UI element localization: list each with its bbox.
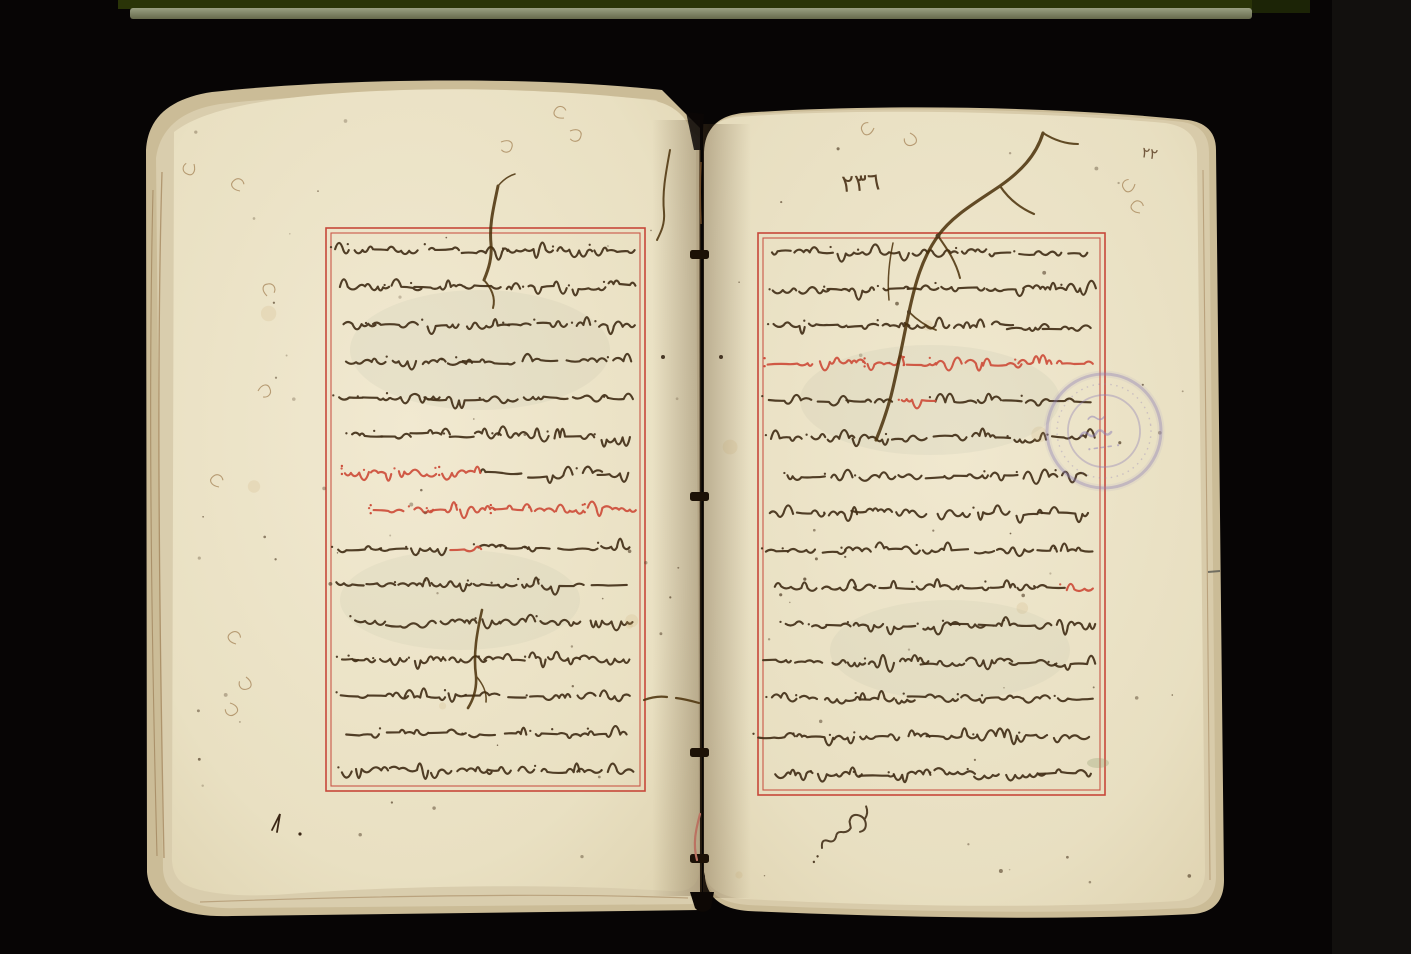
word-separator-dot: [490, 582, 492, 584]
word-separator-dot: [1054, 469, 1056, 471]
speckle: [198, 758, 201, 761]
word-separator-dot: [984, 580, 986, 582]
word-separator-dot: [394, 581, 396, 583]
speckle: [669, 596, 671, 598]
word-separator-dot: [576, 467, 578, 469]
speckle: [202, 516, 204, 518]
speckle: [275, 377, 277, 379]
word-separator-dot: [330, 246, 332, 248]
speckle: [1003, 687, 1005, 689]
word-separator-dot: [336, 656, 338, 658]
rubric-dot: [370, 512, 372, 514]
word-separator-dot: [526, 694, 528, 696]
word-separator-dot: [972, 733, 974, 735]
foxing-spot: [261, 306, 276, 321]
word-separator-dot: [349, 615, 351, 617]
speckle: [1118, 441, 1121, 444]
word-separator-dot: [761, 547, 763, 549]
speckle: [571, 645, 573, 647]
word-separator-dot: [981, 694, 983, 696]
speckle: [289, 233, 291, 235]
word-separator-dot: [761, 395, 763, 397]
word-separator-dot: [967, 768, 969, 770]
word-separator-dot: [434, 467, 436, 469]
rubric-dot: [863, 365, 865, 367]
speckle: [389, 535, 391, 537]
word-separator-dot: [529, 730, 531, 732]
word-separator-dot: [568, 284, 570, 286]
photo-canvas: ٢٣٦ ٢٢: [0, 0, 1411, 954]
word-separator-dot: [840, 547, 842, 549]
rubric-dot: [341, 465, 343, 467]
speckle: [1089, 881, 1092, 884]
rubric-dot: [490, 504, 492, 506]
speckle: [1042, 271, 1046, 275]
word-separator-dot: [424, 243, 426, 245]
speckle: [420, 489, 423, 492]
binding-thread: [700, 162, 701, 224]
speckle: [432, 806, 435, 809]
word-separator-dot: [491, 432, 493, 434]
word-separator-dot: [942, 620, 944, 622]
word-separator-dot: [929, 357, 931, 359]
speckle: [224, 693, 228, 697]
word-separator-dot: [1054, 695, 1056, 697]
speckle: [201, 784, 203, 786]
speckle: [253, 217, 256, 220]
speckle: [1182, 390, 1184, 392]
speckle: [391, 801, 393, 803]
speckle: [322, 487, 326, 491]
corner-mark-group: ٢٢: [1140, 143, 1159, 164]
word-separator-dot: [597, 542, 599, 544]
word-separator-dot: [546, 430, 548, 432]
stain-knot: [907, 310, 911, 314]
word-separator-dot: [363, 469, 365, 471]
word-separator-dot: [443, 432, 445, 434]
gutter-shade-right: [703, 124, 751, 898]
word-separator-dot: [782, 547, 784, 549]
word-separator-dot: [386, 392, 388, 394]
rubric-dot: [490, 512, 492, 514]
speckle: [837, 147, 840, 150]
speckle: [780, 201, 782, 203]
backdrop-right-band: [1332, 0, 1411, 954]
word-separator-dot: [331, 546, 333, 548]
word-separator-dot: [955, 247, 957, 249]
word-separator-dot: [911, 581, 913, 583]
right-page: [704, 112, 1205, 906]
word-separator-dot: [522, 286, 524, 288]
speckle: [602, 598, 604, 600]
word-separator-dot: [803, 320, 805, 322]
speckle: [409, 503, 413, 507]
word-separator-dot: [983, 470, 985, 472]
script-stroke: [592, 585, 627, 586]
word-separator-dot: [885, 433, 887, 435]
folio-number: ٢٣٦: [840, 167, 881, 198]
word-separator-dot: [1014, 358, 1016, 360]
word-separator-dot: [752, 733, 754, 735]
word-separator-dot: [829, 246, 831, 248]
speckle: [273, 302, 275, 304]
word-separator-dot: [603, 281, 605, 283]
margin-mark-dot: [298, 832, 301, 835]
speckle: [1172, 694, 1174, 696]
speckle: [844, 556, 846, 558]
word-separator-dot: [877, 319, 879, 321]
rubric-dot: [584, 503, 586, 505]
speckle: [974, 759, 976, 761]
word-separator-dot: [864, 657, 866, 659]
word-separator-dot: [373, 430, 375, 432]
speckle: [194, 130, 197, 133]
speckle: [445, 237, 447, 239]
word-separator-dot: [594, 320, 596, 322]
speckle: [263, 536, 266, 539]
table-edge-corner: [1252, 0, 1310, 13]
word-separator-dot: [383, 284, 385, 286]
speckle: [328, 582, 332, 586]
foxing-spot: [439, 702, 446, 709]
speckle: [198, 557, 201, 560]
speckle: [768, 638, 770, 640]
rubric-dot: [763, 365, 765, 367]
word-separator-dot: [551, 728, 553, 730]
speckle: [1021, 594, 1025, 598]
speckle: [815, 557, 818, 560]
speckle: [676, 397, 679, 400]
word-separator-dot: [534, 765, 536, 767]
foxing-spot: [723, 440, 738, 455]
script-stroke: [1003, 400, 1022, 401]
word-separator-dot: [502, 321, 504, 323]
backdrop-tick: [1208, 571, 1220, 572]
script-stroke: [859, 775, 894, 776]
word-separator-dot: [1016, 471, 1018, 473]
word-separator-dot: [365, 322, 367, 324]
speckle: [497, 745, 498, 746]
speckle: [1187, 874, 1191, 878]
word-separator-dot: [379, 727, 381, 729]
word-separator-dot: [347, 243, 349, 245]
word-separator-dot: [408, 657, 410, 659]
speckle: [358, 833, 361, 836]
table-edge-light: [130, 8, 1252, 19]
word-separator-dot: [917, 623, 919, 625]
speckle: [813, 529, 816, 532]
rubric-dot: [438, 466, 440, 468]
word-separator-dot: [854, 692, 856, 694]
word-separator-dot: [829, 734, 831, 736]
speckle: [677, 567, 679, 569]
word-separator-dot: [929, 396, 931, 398]
speckle: [317, 190, 319, 192]
speckle: [789, 602, 791, 604]
script-stroke: [926, 477, 944, 478]
word-separator-dot: [767, 323, 769, 325]
foxing-spot: [626, 621, 633, 628]
speckle: [1010, 533, 1012, 535]
word-separator-dot: [552, 245, 554, 247]
word-separator-dot: [916, 544, 918, 546]
speckle: [292, 397, 296, 401]
word-separator-dot: [1018, 731, 1020, 733]
word-separator-dot: [779, 621, 781, 623]
binding-stitch: [690, 854, 709, 863]
word-separator-dot: [386, 355, 388, 357]
speckle: [344, 119, 348, 123]
rubric-dot: [863, 357, 865, 359]
green-smudge: [1087, 758, 1109, 768]
word-separator-dot: [347, 654, 349, 656]
word-separator-dot: [783, 472, 785, 474]
speckle: [1009, 152, 1011, 154]
word-separator-dot: [372, 657, 374, 659]
speckle: [1066, 856, 1069, 859]
speckle: [779, 593, 782, 596]
rubric-dot: [763, 357, 765, 359]
foxing-spot: [735, 871, 742, 878]
speckle: [1009, 869, 1011, 871]
word-separator-dot: [410, 282, 412, 284]
word-separator-dot: [1021, 395, 1023, 397]
word-separator-dot: [345, 432, 347, 434]
word-separator-dot: [795, 694, 797, 696]
foxing-spot: [1017, 602, 1029, 614]
speckle: [895, 302, 899, 306]
word-separator-dot: [898, 399, 900, 401]
word-separator-dot: [524, 656, 526, 658]
word-separator-dot: [393, 467, 395, 469]
word-separator-dot: [823, 286, 825, 288]
corner-folio-mark: ٢٢: [1140, 143, 1159, 164]
speckle: [239, 721, 241, 723]
word-separator-dot: [877, 285, 879, 287]
ghost-tint: [350, 290, 610, 410]
rubric-dot: [341, 473, 343, 475]
speckle: [473, 418, 475, 420]
word-separator-dot: [1013, 250, 1015, 252]
speckle: [523, 433, 526, 436]
speckle: [967, 843, 969, 845]
speckle: [286, 355, 288, 357]
word-separator-dot: [473, 543, 475, 545]
binding-stitch: [690, 748, 709, 757]
speckle: [992, 625, 994, 627]
speckle: [1093, 686, 1095, 688]
speckle: [859, 354, 863, 358]
speckle: [764, 875, 765, 876]
word-separator-dot: [368, 507, 370, 509]
word-separator-dot: [332, 394, 334, 396]
word-separator-dot: [972, 506, 974, 508]
speckle: [650, 230, 652, 232]
ink-dot: [719, 355, 723, 359]
ink-dot: [661, 355, 665, 359]
speckle: [819, 720, 822, 723]
word-separator-dot: [934, 282, 936, 284]
word-separator-dot: [337, 766, 339, 768]
speckle: [1135, 696, 1139, 700]
rubric-dot: [370, 504, 372, 506]
speckle: [607, 245, 609, 247]
word-separator-dot: [571, 322, 573, 324]
foxing-spot: [248, 480, 260, 492]
word-separator-dot: [765, 434, 767, 436]
speckle: [274, 558, 276, 560]
word-separator-dot: [957, 693, 959, 695]
word-separator-dot: [1059, 583, 1061, 585]
word-separator-dot: [535, 615, 537, 617]
speckle: [418, 553, 420, 555]
speckle: [644, 561, 647, 564]
speckle: [1117, 182, 1119, 184]
speckle: [572, 685, 574, 687]
word-separator-dot: [857, 249, 859, 251]
speckle: [659, 632, 662, 635]
binding-stitch: [690, 492, 709, 501]
word-separator-dot: [765, 696, 767, 698]
script-stroke: [450, 437, 474, 438]
word-separator-dot: [589, 244, 591, 246]
speckle: [598, 776, 601, 779]
speckle: [999, 869, 1003, 873]
word-separator-dot: [888, 771, 890, 773]
word-separator-dot: [340, 467, 342, 469]
speckle: [803, 578, 806, 581]
word-separator-dot: [808, 623, 810, 625]
word-separator-dot: [587, 727, 589, 729]
ghost-tint: [830, 600, 1070, 700]
word-separator-dot: [805, 434, 807, 436]
ghost-tint: [340, 550, 580, 650]
word-separator-dot: [533, 318, 535, 320]
speckle: [628, 550, 632, 554]
speckle: [580, 855, 583, 858]
speckle: [1094, 167, 1098, 171]
stain-knot: [936, 234, 941, 239]
word-separator-dot: [517, 578, 519, 580]
word-separator-dot: [444, 689, 446, 691]
gutter-fold-line: [700, 150, 701, 898]
word-separator-dot: [467, 579, 469, 581]
word-separator-dot: [421, 319, 423, 321]
word-separator-dot: [426, 507, 428, 509]
table-edge: [118, 0, 1310, 19]
speckle: [889, 362, 891, 364]
speckle: [197, 709, 200, 712]
folio-number-group: ٢٣٦: [840, 167, 881, 198]
speckle: [738, 281, 740, 283]
word-separator-dot: [903, 692, 905, 694]
word-separator-dot: [768, 288, 770, 290]
word-separator-dot: [854, 474, 856, 476]
speckle: [436, 592, 438, 594]
speckle: [1049, 572, 1051, 574]
binding-stitch: [690, 250, 709, 259]
speckle: [337, 552, 338, 553]
word-separator-dot: [853, 731, 855, 733]
speckle: [908, 648, 910, 650]
word-separator-dot: [455, 356, 457, 358]
word-separator-dot: [1060, 284, 1062, 286]
word-separator-dot: [335, 691, 337, 693]
speckle: [424, 511, 427, 514]
word-separator-dot: [824, 473, 826, 475]
word-separator-dot: [607, 356, 609, 358]
rubric-dot: [438, 474, 440, 476]
manuscript-photo: ٢٣٦ ٢٢: [0, 0, 1411, 954]
table-edge-dark: [118, 0, 1278, 9]
speckle: [398, 296, 401, 299]
speckle: [932, 530, 934, 532]
